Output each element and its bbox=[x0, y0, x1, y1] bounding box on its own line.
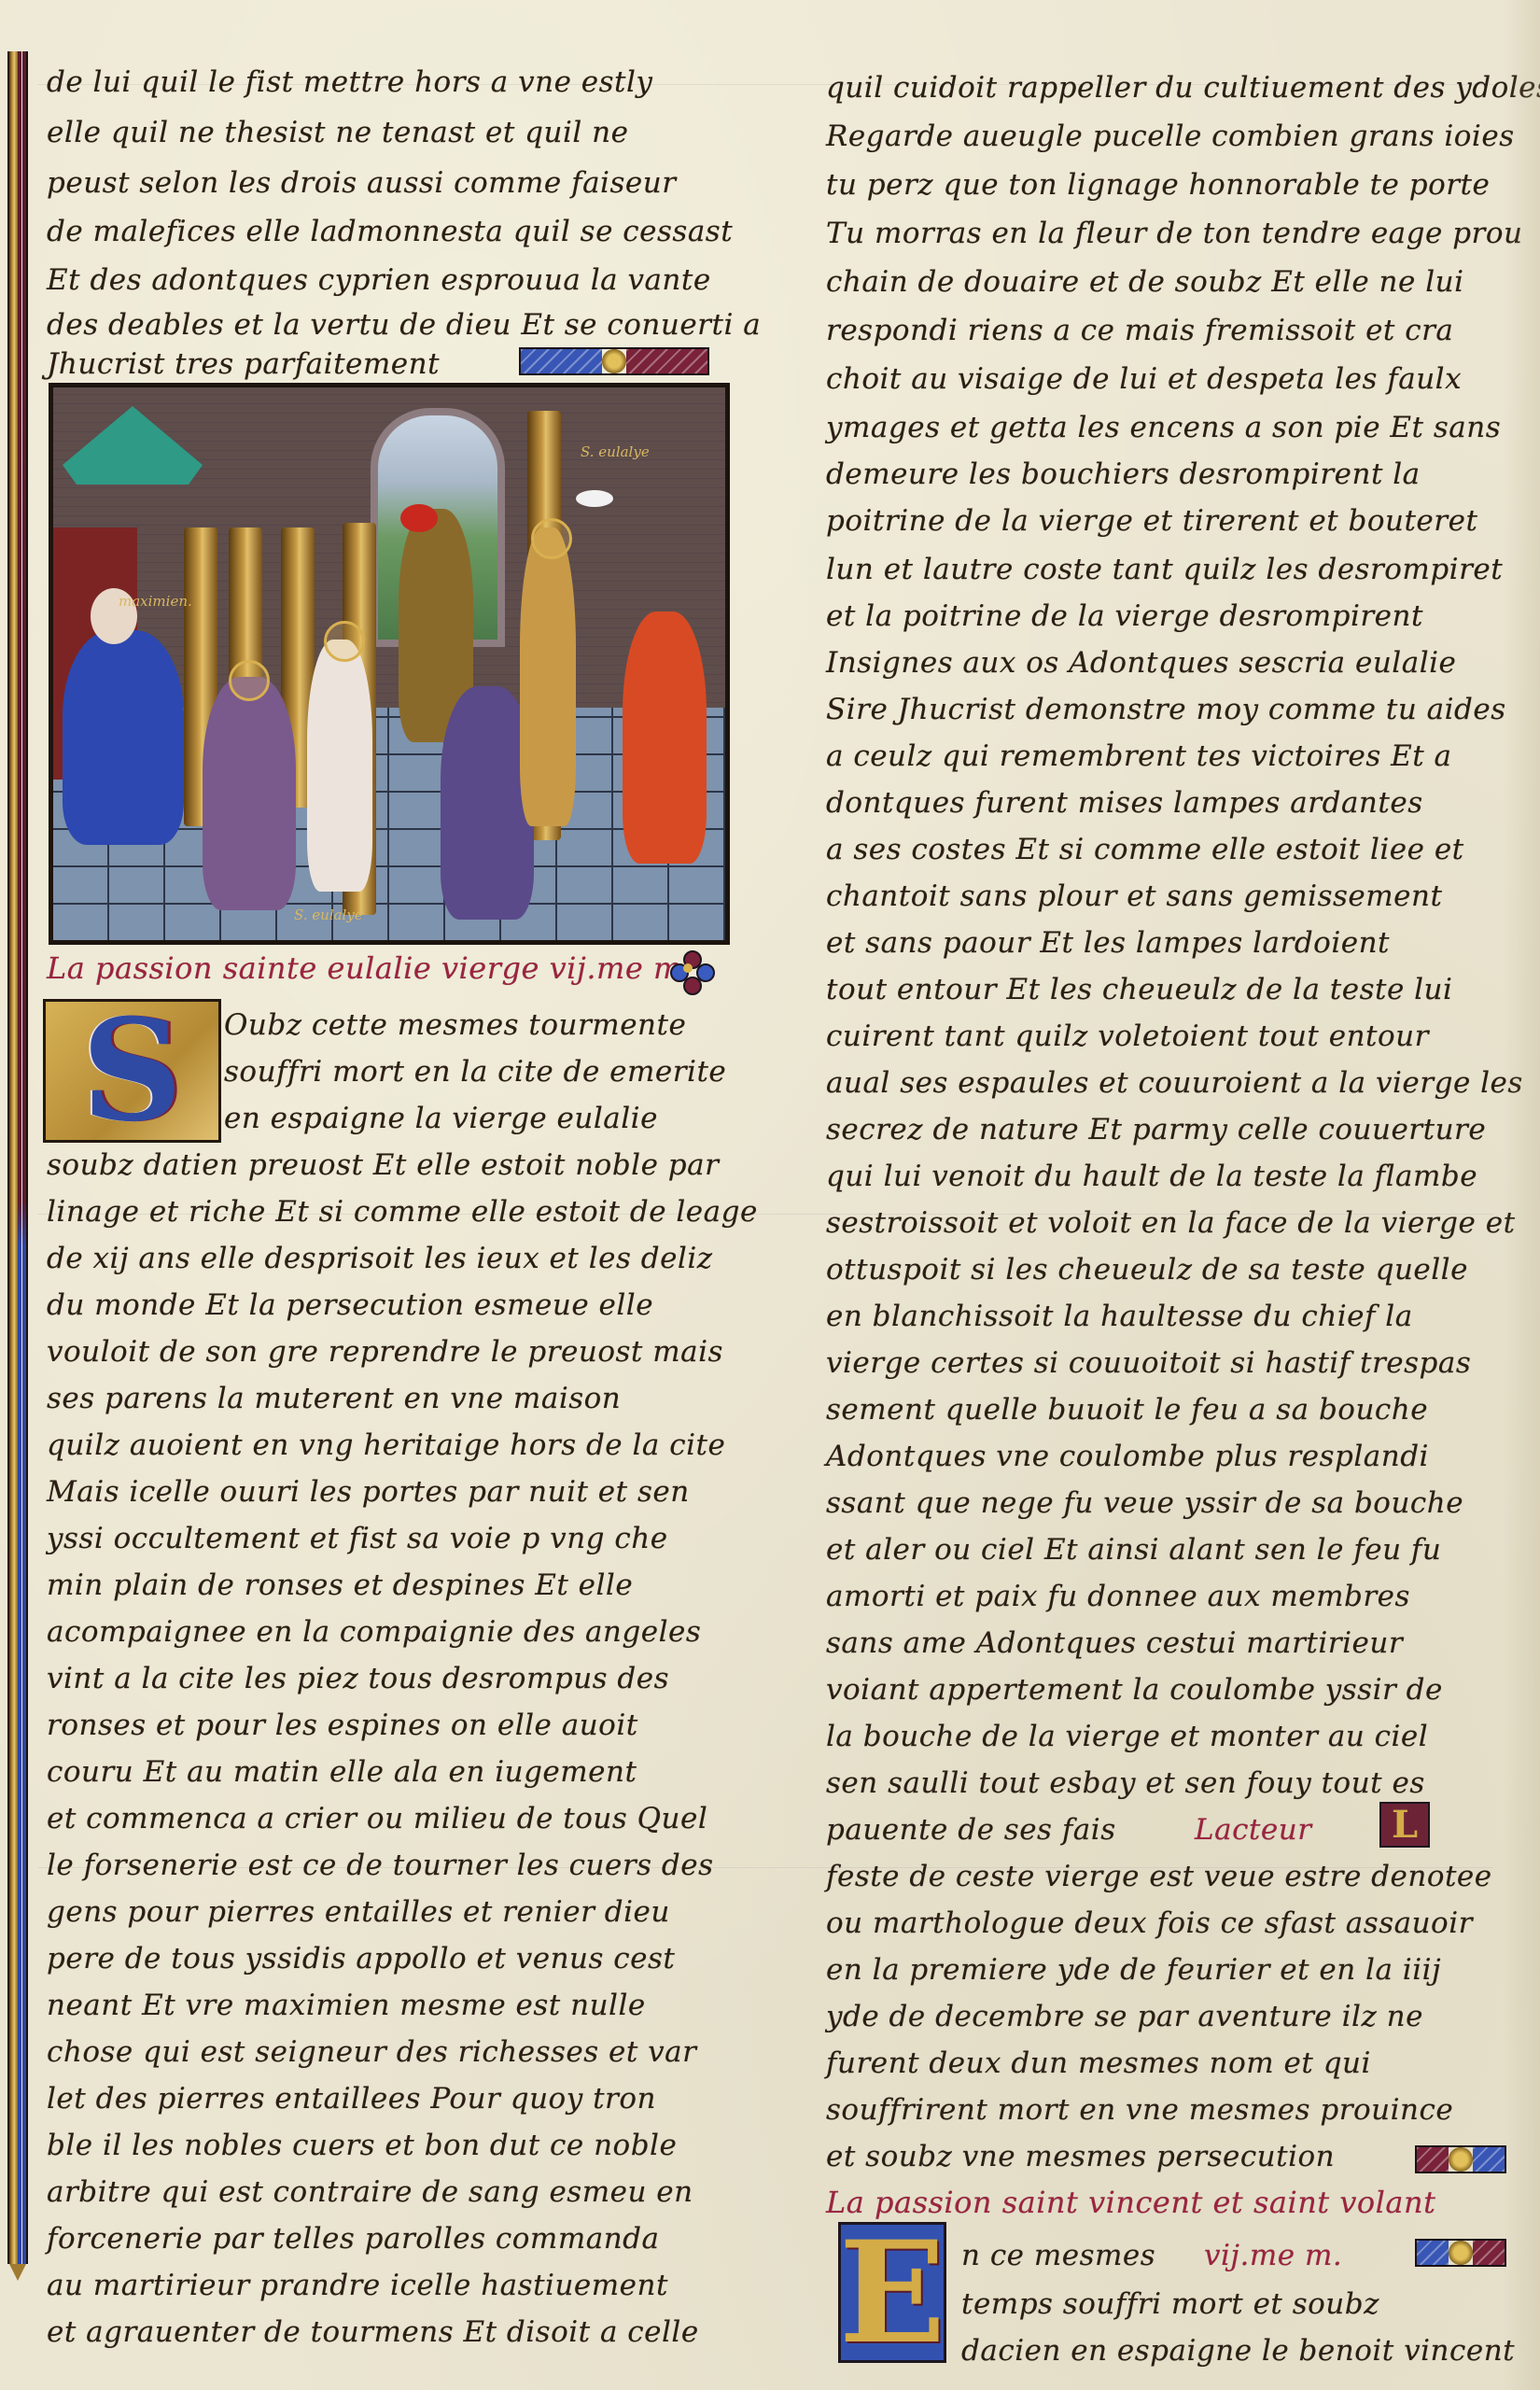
small-illuminated-initial-l: L bbox=[1379, 1802, 1430, 1848]
text-line: ottuspoit si les cheueulz de sa teste qu… bbox=[826, 1253, 1468, 1286]
text-line: lun et lautre coste tant quilz les desro… bbox=[826, 553, 1503, 586]
text-line: a ses costes Et si comme elle estoit lie… bbox=[826, 833, 1464, 866]
text-line: souffri mort en la cite de emerite bbox=[224, 1055, 726, 1089]
text-line: quil cuidoit rappeller du cultiuement de… bbox=[826, 71, 1540, 105]
gold-border-strip bbox=[7, 51, 18, 2264]
text-line: demeure les bouchiers desrompirent la bbox=[826, 457, 1421, 491]
text-line: et sans paour Et les lampes lardoient bbox=[826, 926, 1390, 960]
text-line: yde de decembre se par aventure ilz ne bbox=[826, 2000, 1423, 2033]
illuminated-initial-e: E bbox=[838, 2222, 946, 2363]
text-line: furent deux dun mesmes nom et qui bbox=[826, 2046, 1371, 2080]
text-line: de malefices elle ladmonnesta quil se ce… bbox=[47, 215, 733, 248]
text-line: ymages et getta les encens a son pie Et … bbox=[826, 411, 1501, 444]
torturer-figure bbox=[623, 612, 707, 864]
text-line: peust selon les drois aussi comme faiseu… bbox=[47, 166, 677, 200]
miniature-label-maximien: maximien. bbox=[119, 593, 192, 610]
text-line: soubz datien preuost Et elle estoit nobl… bbox=[47, 1148, 719, 1182]
text-line: temps souffri mort et soubz bbox=[961, 2287, 1379, 2321]
red-hat bbox=[400, 504, 438, 532]
text-line: la bouche de la vierge et monter au ciel bbox=[826, 1720, 1428, 1753]
rubric-lacteur: Lacteur bbox=[1195, 1813, 1312, 1847]
text-line: acompaignee en la compaignie des angeles bbox=[47, 1615, 701, 1649]
saint-eulalia-bound-figure bbox=[307, 640, 372, 892]
text-line: ssant que nege fu veue yssir de sa bouch… bbox=[826, 1486, 1463, 1520]
text-line: respondi riens a ce mais fremissoit et c… bbox=[826, 314, 1453, 347]
text-line: sans ame Adontques cestui martirieur bbox=[826, 1626, 1403, 1660]
text-line: linage et riche Et si comme elle estoit … bbox=[47, 1195, 758, 1229]
text-line: cuirent tant quilz voletoient tout entou… bbox=[826, 1019, 1429, 1053]
text-line: yssi occultement et fist sa voie p vng c… bbox=[47, 1522, 668, 1555]
text-line: le forsenerie est ce de tourner les cuer… bbox=[47, 1849, 714, 1882]
text-line: voiant appertement la coulombe yssir de bbox=[826, 1673, 1443, 1707]
text-line: du monde Et la persecution esmeue elle bbox=[47, 1288, 653, 1322]
text-line: et aler ou ciel Et ainsi alant sen le fe… bbox=[826, 1533, 1441, 1567]
text-line: en espaigne la vierge eulalie bbox=[224, 1102, 658, 1135]
text-line: sestroissoit et voloit en la face de la … bbox=[826, 1206, 1516, 1240]
text-line: secrez de nature Et parmy celle couuertu… bbox=[826, 1113, 1486, 1146]
saint-eulalia-hair-covered-figure bbox=[520, 527, 576, 826]
text-line: arbitre qui est contraire de sang esmeu … bbox=[47, 2175, 693, 2209]
text-line: qui lui venoit du hault de la teste la f… bbox=[826, 1160, 1477, 1193]
text-line: forcenerie par telles parolles commanda bbox=[47, 2222, 659, 2256]
left-border-bar bbox=[7, 51, 26, 2264]
text-line: ble il les nobles cuers et bon dut ce no… bbox=[47, 2129, 677, 2162]
line-filler-ornament bbox=[519, 347, 709, 375]
text-line: ronses et pour les espines on elle auoit bbox=[47, 1708, 638, 1742]
text-line: n ce mesmes bbox=[961, 2239, 1155, 2272]
text-line: quilz auoient en vng heritaige hors de l… bbox=[47, 1428, 725, 1462]
text-line: min plain de ronses et despines Et elle bbox=[47, 1568, 633, 1602]
text-line: ou marthologue deux fois ce sfast assauo… bbox=[826, 1906, 1473, 1940]
text-line: de xij ans elle desprisoit les ieux et l… bbox=[47, 1242, 713, 1275]
halo-icon bbox=[229, 660, 270, 701]
text-line: de lui quil le fist mettre hors a vne es… bbox=[47, 65, 652, 99]
text-line: Adontques vne coulombe plus resplandi bbox=[826, 1440, 1429, 1473]
text-line: gens pour pierres entailles et renier di… bbox=[47, 1895, 670, 1929]
text-line: tout entour Et les cheueulz de la teste … bbox=[826, 973, 1452, 1006]
text-line: pere de tous yssidis appollo et venus ce… bbox=[47, 1942, 675, 1975]
rubric-heading-eulalie: La passion sainte eulalie vierge vij.me … bbox=[47, 950, 682, 986]
flower-ornament-icon bbox=[670, 950, 711, 991]
illuminated-initial-s: S bbox=[43, 999, 221, 1143]
text-line: aual ses espaules et couuroient a la vie… bbox=[826, 1066, 1523, 1100]
text-line: Oubz cette mesmes tourmente bbox=[224, 1008, 686, 1042]
text-line: Jhucrist tres parfaitement bbox=[47, 347, 440, 381]
text-line: ses parens la muterent en vne maison bbox=[47, 1382, 621, 1415]
text-line: Mais icelle ouuri les portes par nuit et… bbox=[47, 1475, 690, 1509]
emperor-figure bbox=[63, 630, 184, 845]
rubric-tail: vij.me m. bbox=[1204, 2239, 1342, 2272]
text-line: dacien en espaigne le benoit vincent bbox=[961, 2334, 1515, 2368]
text-line: Et des adontques cyprien esprouua la van… bbox=[47, 263, 711, 297]
text-line: souffrirent mort en vne mesmes prouince bbox=[826, 2093, 1453, 2127]
text-line: et agrauenter de tourmens Et disoit a ce… bbox=[47, 2315, 699, 2349]
text-line: elle quil ne thesist ne tenast et quil n… bbox=[47, 116, 628, 149]
text-line: tu perz que ton lignage honnorable te po… bbox=[826, 168, 1490, 202]
text-line: vouloit de son gre reprendre le preuost … bbox=[47, 1335, 723, 1369]
text-line: a ceulz qui remembrent tes victoires Et … bbox=[826, 739, 1452, 773]
text-line: feste de ceste vierge est veue estre den… bbox=[826, 1860, 1492, 1893]
text-line: choit au visaige de lui et despeta les f… bbox=[826, 362, 1462, 396]
text-line: let des pierres entaillees Pour quoy tro… bbox=[47, 2082, 656, 2116]
line-filler-ornament bbox=[1415, 2145, 1506, 2173]
text-line: et la poitrine de la vierge desrompirent bbox=[826, 599, 1423, 633]
text-line: amorti et paix fu donnee aux membres bbox=[826, 1580, 1410, 1613]
text-line: et soubz vne mesmes persecution bbox=[826, 2140, 1335, 2173]
text-line: neant Et vre maximien mesme est nulle bbox=[47, 1989, 646, 2022]
text-line: pauente de ses fais bbox=[826, 1813, 1116, 1847]
text-line: et commenca a crier ou milieu de tous Qu… bbox=[47, 1802, 707, 1835]
saint-eulalia-standing-figure bbox=[203, 677, 296, 910]
miniature-label-eulalia: S. eulalye bbox=[294, 907, 363, 923]
miniature-label-eulalia: S. eulalye bbox=[581, 443, 650, 460]
text-line: chantoit sans plour et sans gemissement bbox=[826, 879, 1442, 913]
text-line: au martirieur prandre icelle hastiuement bbox=[47, 2269, 668, 2302]
manuscript-page: de lui quil le fist mettre hors a vne es… bbox=[0, 0, 1540, 2390]
text-line: poitrine de la vierge et tirerent et bou… bbox=[826, 504, 1477, 538]
text-line: sement quelle buuoit le feu a sa bouche bbox=[826, 1393, 1428, 1427]
border-terminal bbox=[9, 2264, 26, 2281]
text-line: Tu morras en la fleur de ton tendre eage… bbox=[826, 217, 1523, 250]
text-line: dontques furent mises lampes ardantes bbox=[826, 786, 1423, 820]
page-gutter-shadow bbox=[1503, 0, 1540, 2390]
halo-icon bbox=[531, 518, 572, 559]
text-line: Sire Jhucrist demonstre moy comme tu aid… bbox=[826, 693, 1506, 726]
halo-icon bbox=[324, 621, 365, 662]
text-line: Regarde aueugle pucelle combien grans io… bbox=[826, 119, 1515, 153]
text-line: couru Et au matin elle ala en iugement bbox=[47, 1755, 637, 1789]
text-line: en la premiere yde de feurier et en la i… bbox=[826, 1953, 1441, 1987]
text-line: vint a la cite les piez tous desrompus d… bbox=[47, 1662, 669, 1695]
text-line: en blanchissoit la haultesse du chief la bbox=[826, 1300, 1413, 1333]
colored-border-strip bbox=[18, 51, 28, 2264]
miniature-martyrdom-eulalia: maximien. S. eulalye S. eulalye S. eulal… bbox=[49, 383, 730, 945]
text-line: chose qui est seigneur des richesses et … bbox=[47, 2035, 696, 2069]
text-line: chain de douaire et de soubz Et elle ne … bbox=[826, 265, 1464, 299]
text-line: Insignes aux os Adontques sescria eulali… bbox=[826, 646, 1456, 680]
line-filler-ornament bbox=[1415, 2239, 1506, 2267]
text-line: sen saulli tout esbay et sen fouy tout e… bbox=[826, 1766, 1425, 1800]
dove-icon bbox=[576, 490, 613, 507]
text-line: vierge certes si couuoitoit si hastif tr… bbox=[826, 1346, 1471, 1380]
text-line: des deables et la vertu de dieu Et se co… bbox=[47, 308, 761, 342]
